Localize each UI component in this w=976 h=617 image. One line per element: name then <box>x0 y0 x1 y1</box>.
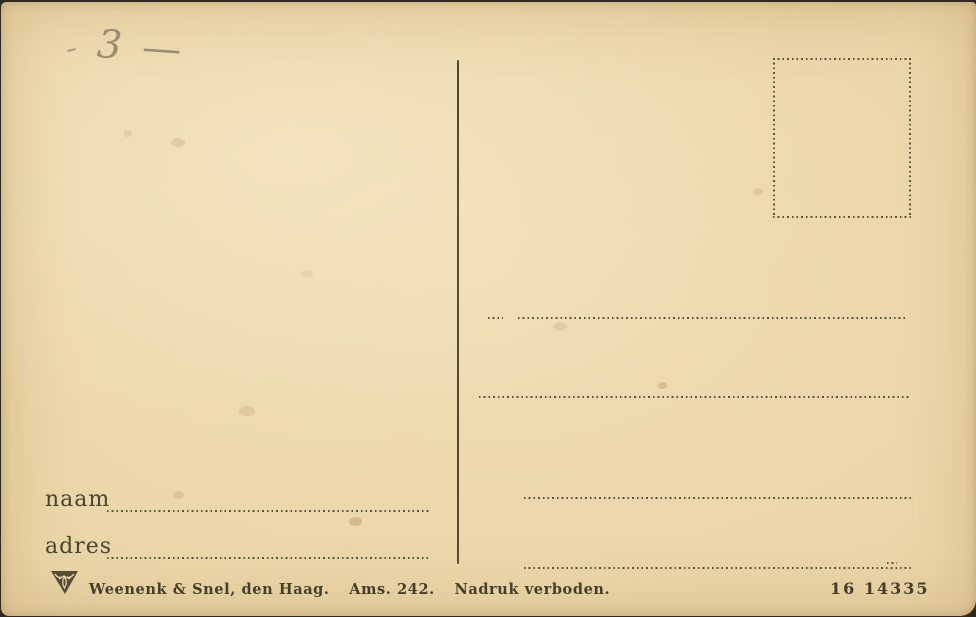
handwritten-price-mark: 3 — <box>96 25 187 70</box>
copyright-notice: Nadruk verboden. <box>454 581 610 598</box>
publisher-monogram-icon <box>49 568 80 596</box>
divider-rule <box>457 60 459 564</box>
name-field-line <box>107 510 431 512</box>
name-field-label: naam <box>45 489 110 511</box>
age-spot <box>123 130 132 137</box>
age-spot <box>239 406 255 416</box>
address-field-line <box>107 557 428 559</box>
address-line-4 <box>524 567 911 569</box>
age-spot <box>553 322 567 331</box>
address-line-1 <box>518 317 907 319</box>
imprint-line: Weenenk & Snel, den Haag. Ams. 242. Nadr… <box>89 581 624 598</box>
scan-background: 3 — naam adres <box>0 0 976 617</box>
stamp-box-right-edge <box>909 58 911 218</box>
postcard-back: 3 — naam adres <box>1 2 976 616</box>
address-line-1-stub <box>488 317 503 319</box>
stamp-box-left-edge <box>773 58 775 218</box>
age-spot <box>753 188 763 195</box>
age-spot <box>173 491 184 499</box>
card-number: 16 14335 <box>830 579 930 598</box>
stamp-box-top-edge <box>773 58 911 60</box>
stamp-box <box>773 58 911 218</box>
age-spot <box>658 382 667 389</box>
age-spot <box>301 270 313 278</box>
address-field-label: adres <box>45 536 112 558</box>
age-spot <box>349 517 362 526</box>
age-spot <box>171 138 185 147</box>
publisher-name: Weenenk & Snel, den Haag. <box>89 581 330 598</box>
stamp-box-bottom-edge <box>773 216 911 218</box>
series-number: Ams. 242. <box>349 581 435 598</box>
address-line-3 <box>524 497 913 499</box>
pencil-stray-dash <box>67 48 76 52</box>
address-line-2 <box>479 396 909 398</box>
address-line-4-stub <box>887 562 897 564</box>
